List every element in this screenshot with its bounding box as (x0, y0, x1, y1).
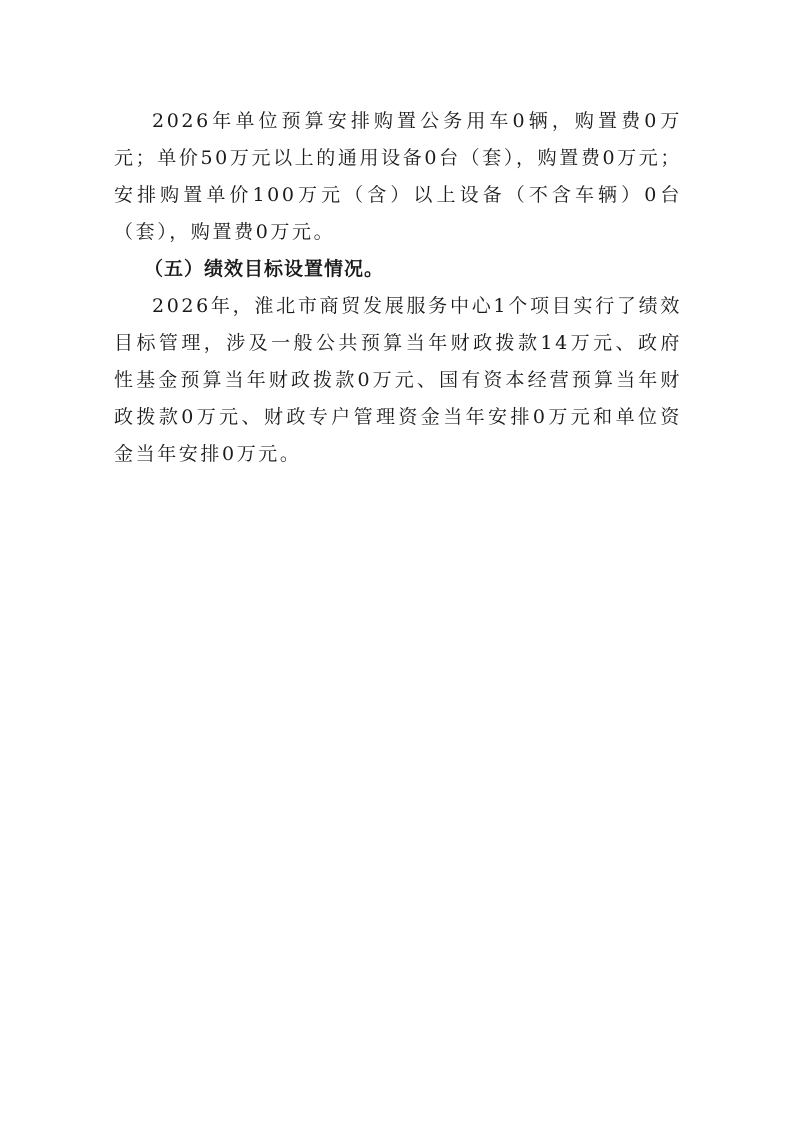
vehicle-equipment-purchase-paragraph: 2026年单位预算安排购置公务用车0辆，购置费0万元；单价50万元以上的通用设备… (114, 103, 682, 251)
performance-targets-paragraph: 2026年，淮北市商贸发展服务中心1个项目实行了绩效目标管理，涉及一般公共预算当… (114, 288, 682, 473)
section-heading-performance-targets: （五）绩效目标设置情况。 (114, 251, 682, 288)
document-page: 2026年单位预算安排购置公务用车0辆，购置费0万元；单价50万元以上的通用设备… (114, 103, 682, 473)
